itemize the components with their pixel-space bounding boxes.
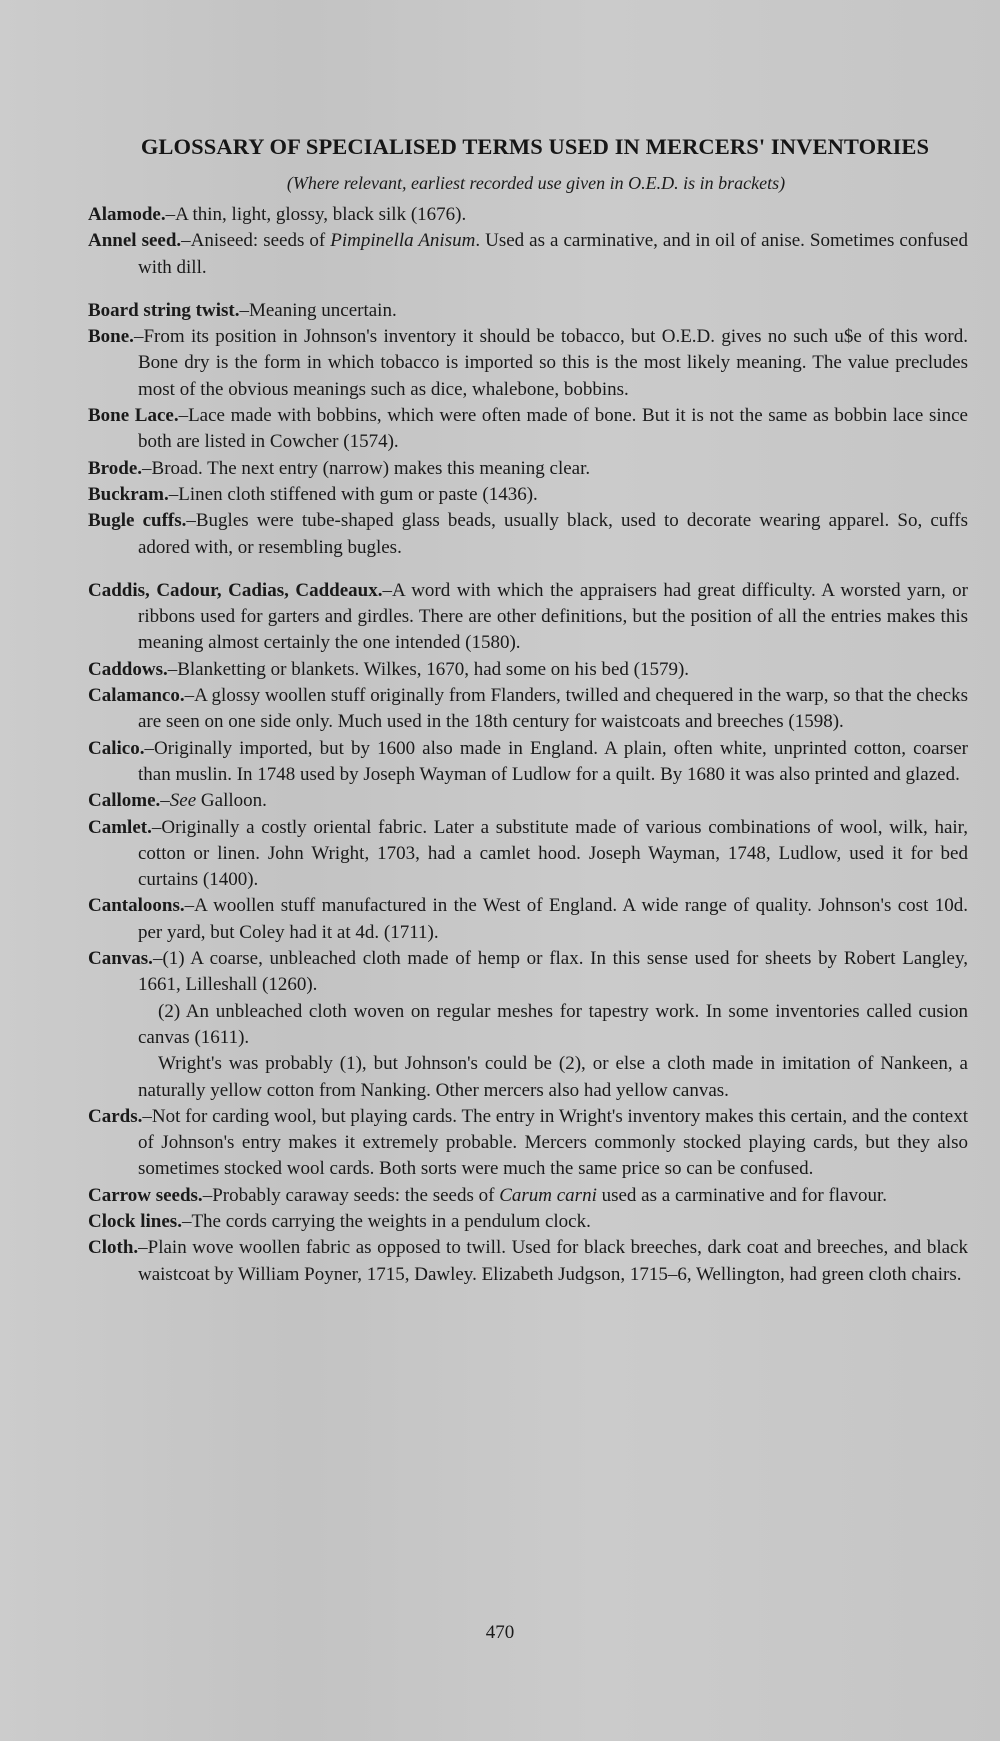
entry-definition: –Originally imported, but by 1600 also m… — [138, 738, 968, 785]
entry-definition: –Blanketting or blankets. Wilkes, 1670, … — [168, 659, 689, 680]
glossary-entry: Cloth.–Plain wove woollen fabric as oppo… — [88, 1235, 968, 1288]
glossary-entry: Bone.–From its position in Johnson's inv… — [88, 324, 968, 403]
definition-text: –A thin, light, glossy, black silk (1676… — [166, 204, 467, 225]
glossary-entries: Alamode.–A thin, light, glossy, black si… — [88, 202, 968, 1288]
definition-text: – — [160, 790, 170, 811]
glossary-entry: Buckram.–Linen cloth stiffened with gum … — [88, 482, 968, 508]
entry-subparagraph: (2) An unbleached cloth woven on regular… — [88, 999, 968, 1052]
glossary-entry: Brode.–Broad. The next entry (narrow) ma… — [88, 456, 968, 482]
glossary-entry: Calico.–Originally imported, but by 1600… — [88, 736, 968, 789]
glossary-entry: Bugle cuffs.–Bugles were tube-shaped gla… — [88, 508, 968, 561]
entry-definition: –Meaning uncertain. — [239, 300, 396, 321]
definition-text: used as a carminative and for flavour. — [597, 1185, 887, 1206]
entry-definition: –Aniseed: seeds of Pimpinella Anisum. Us… — [138, 230, 968, 277]
entry-definition: –Not for carding wool, but playing cards… — [138, 1106, 968, 1180]
entry-definition: –Plain wove woollen fabric as opposed to… — [138, 1237, 968, 1284]
entry-headword: Bone. — [88, 326, 134, 347]
glossary-entry: Camlet.–Originally a costly oriental fab… — [88, 815, 968, 894]
definition-text: –Not for carding wool, but playing cards… — [138, 1106, 968, 1180]
glossary-entry: Carrow seeds.–Probably caraway seeds: th… — [88, 1183, 968, 1209]
entry-headword: Canvas. — [88, 948, 153, 969]
entry-headword: Clock lines. — [88, 1211, 182, 1232]
entry-headword: Bone Lace. — [88, 405, 179, 426]
entry-definition: –Broad. The next entry (narrow) makes th… — [142, 458, 590, 479]
entry-definition: –(1) A coarse, unbleached cloth made of … — [138, 948, 968, 995]
entry-headword: Annel seed. — [88, 230, 181, 251]
definition-text: –Meaning uncertain. — [239, 300, 396, 321]
glossary-entry: Annel seed.–Aniseed: seeds of Pimpinella… — [88, 228, 968, 281]
definition-text: –The cords carrying the weights in a pen… — [182, 1211, 591, 1232]
glossary-entry: Clock lines.–The cords carrying the weig… — [88, 1209, 968, 1235]
definition-text: –Originally imported, but by 1600 also m… — [138, 738, 968, 785]
entry-headword: Caddows. — [88, 659, 168, 680]
entry-headword: Brode. — [88, 458, 142, 479]
italic-term: Pimpinella Anisum — [330, 230, 475, 251]
entry-headword: Bugle cuffs. — [88, 510, 186, 531]
definition-text: –A glossy woollen stuff originally from … — [138, 685, 968, 732]
definition-text: –Probably caraway seeds: the seeds of — [203, 1185, 500, 1206]
glossary-entry: Caddis, Cadour, Cadias, Caddeaux.–A word… — [88, 578, 968, 657]
entry-headword: Caddis, Cadour, Cadias, Caddeaux. — [88, 580, 383, 601]
entry-definition: –Lace made with bobbins, which were ofte… — [138, 405, 968, 452]
entry-headword: Camlet. — [88, 817, 152, 838]
definition-text: –Plain wove woollen fabric as opposed to… — [138, 1237, 968, 1284]
definition-text: –Broad. The next entry (narrow) makes th… — [142, 458, 590, 479]
glossary-entry: Calamanco.–A glossy woollen stuff origin… — [88, 683, 968, 736]
glossary-page: GLOSSARY OF SPECIALISED TERMS USED IN ME… — [88, 132, 968, 1288]
entry-definition: –A glossy woollen stuff originally from … — [138, 685, 968, 732]
glossary-entry: Canvas.–(1) A coarse, unbleached cloth m… — [88, 946, 968, 999]
glossary-entry: Cards.–Not for carding wool, but playing… — [88, 1104, 968, 1183]
definition-text: –Bugles were tube-shaped glass beads, us… — [138, 510, 968, 557]
entry-headword: Callome. — [88, 790, 160, 811]
glossary-entry: Bone Lace.–Lace made with bobbins, which… — [88, 403, 968, 456]
entry-headword: Calamanco. — [88, 685, 185, 706]
page-subtitle: (Where relevant, earliest recorded use g… — [104, 171, 968, 195]
glossary-entry: Caddows.–Blanketting or blankets. Wilkes… — [88, 657, 968, 683]
definition-text: –From its position in Johnson's inventor… — [134, 326, 968, 400]
definition-text: –Lace made with bobbins, which were ofte… — [138, 405, 968, 452]
glossary-entry: Callome.–See Galloon. — [88, 788, 968, 814]
glossary-entry: Board string twist.–Meaning uncertain. — [88, 298, 968, 324]
entry-definition: –Linen cloth stiffened with gum or paste… — [169, 484, 538, 505]
definition-text: –Blanketting or blankets. Wilkes, 1670, … — [168, 659, 689, 680]
entry-headword: Alamode. — [88, 204, 166, 225]
glossary-entry: Alamode.–A thin, light, glossy, black si… — [88, 202, 968, 228]
entry-headword: Carrow seeds. — [88, 1185, 203, 1206]
page-number: 470 — [0, 1622, 1000, 1644]
definition-text: –A woollen stuff manufactured in the Wes… — [138, 895, 968, 942]
definition-text: –Originally a costly oriental fabric. La… — [138, 817, 968, 891]
entry-definition: –Originally a costly oriental fabric. La… — [138, 817, 968, 891]
entry-headword: Cloth. — [88, 1237, 138, 1258]
entry-definition: –Bugles were tube-shaped glass beads, us… — [138, 510, 968, 557]
entry-definition: –See Galloon. — [160, 790, 267, 811]
entry-headword: Cards. — [88, 1106, 142, 1127]
italic-term: Carum carni — [499, 1185, 597, 1206]
entry-headword: Board string twist. — [88, 300, 239, 321]
page-title: GLOSSARY OF SPECIALISED TERMS USED IN ME… — [102, 132, 968, 162]
definition-text: Galloon. — [196, 790, 267, 811]
entry-headword: Calico. — [88, 738, 144, 759]
entry-definition: –A woollen stuff manufactured in the Wes… — [138, 895, 968, 942]
glossary-entry: Cantaloons.–A woollen stuff manufactured… — [88, 893, 968, 946]
definition-text: –Aniseed: seeds of — [181, 230, 330, 251]
entry-definition: –The cords carrying the weights in a pen… — [182, 1211, 591, 1232]
entry-definition: –Probably caraway seeds: the seeds of Ca… — [203, 1185, 887, 1206]
definition-text: –(1) A coarse, unbleached cloth made of … — [138, 948, 968, 995]
entry-headword: Buckram. — [88, 484, 169, 505]
italic-term: See — [170, 790, 196, 811]
entry-definition: –A thin, light, glossy, black silk (1676… — [166, 204, 467, 225]
entry-definition: –From its position in Johnson's inventor… — [134, 326, 968, 400]
definition-text: –Linen cloth stiffened with gum or paste… — [169, 484, 538, 505]
entry-headword: Cantaloons. — [88, 895, 185, 916]
entry-subparagraph: Wright's was probably (1), but Johnson's… — [88, 1051, 968, 1104]
